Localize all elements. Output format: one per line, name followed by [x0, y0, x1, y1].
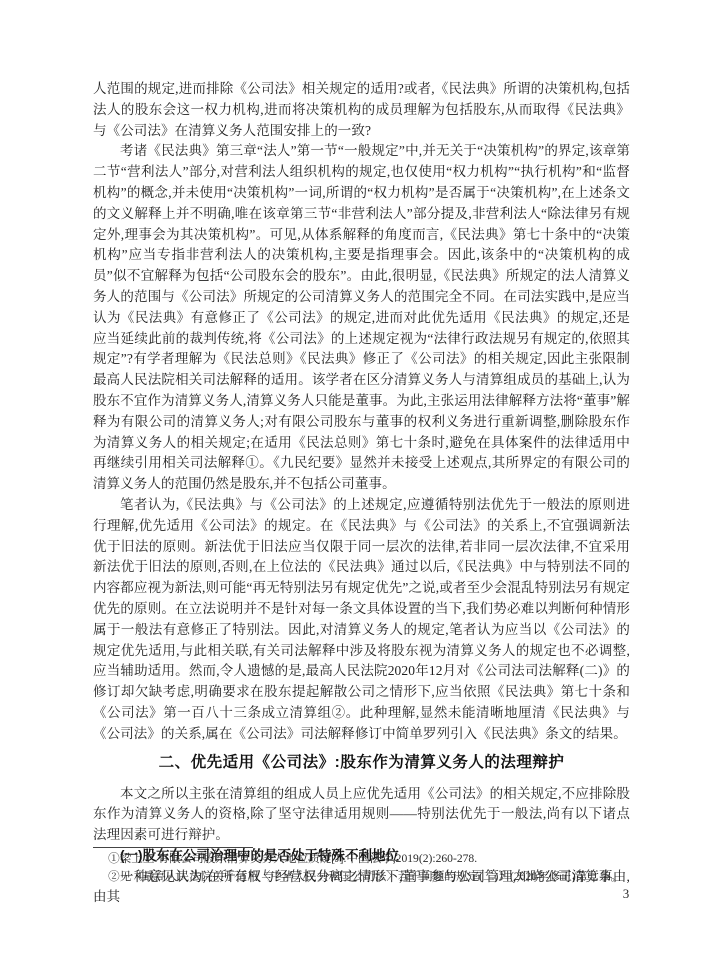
- section-heading: 二、优先适用《公司法》:股东作为清算义务人的法理辩护: [93, 752, 630, 774]
- paragraph: 考诸《民法典》第三章“法人”第一节“一般规定”中,并无关于“决策机构”的界定,该…: [93, 141, 630, 495]
- footnote-section: ①梁上上.有限公司股东清算义务人地位质疑[J].中国法学,2019(2):260…: [93, 847, 630, 886]
- paragraph: 本文之所以主张在清算组的组成人员上应优先适用《公司法》的相关规定,不应排除股东作…: [93, 784, 630, 846]
- paragraph: 笔者认为,《民法典》与《公司法》的上述规定,应遵循特别法优先于一般法的原则进行理…: [93, 495, 630, 745]
- paper-page: 人范围的规定,进而排除《公司法》相关规定的适用?或者,《民法典》所谓的决策机构,…: [0, 0, 720, 970]
- paragraph-continuation: 人范围的规定,进而排除《公司法》相关规定的适用?或者,《民法典》所谓的决策机构,…: [93, 79, 630, 141]
- footnote-divider: [93, 847, 253, 848]
- page-body: 人范围的规定,进而排除《公司法》相关规定的适用?或者,《民法典》所谓的决策机构,…: [93, 79, 630, 908]
- footnote-2: ②见《最高人民法院关于适用〈中华人民共和国公司法〉若干问题的规定(二)》(202…: [93, 868, 630, 886]
- page-number: 3: [616, 886, 636, 902]
- footnote-1: ①梁上上.有限公司股东清算义务人地位质疑[J].中国法学,2019(2):260…: [93, 850, 630, 868]
